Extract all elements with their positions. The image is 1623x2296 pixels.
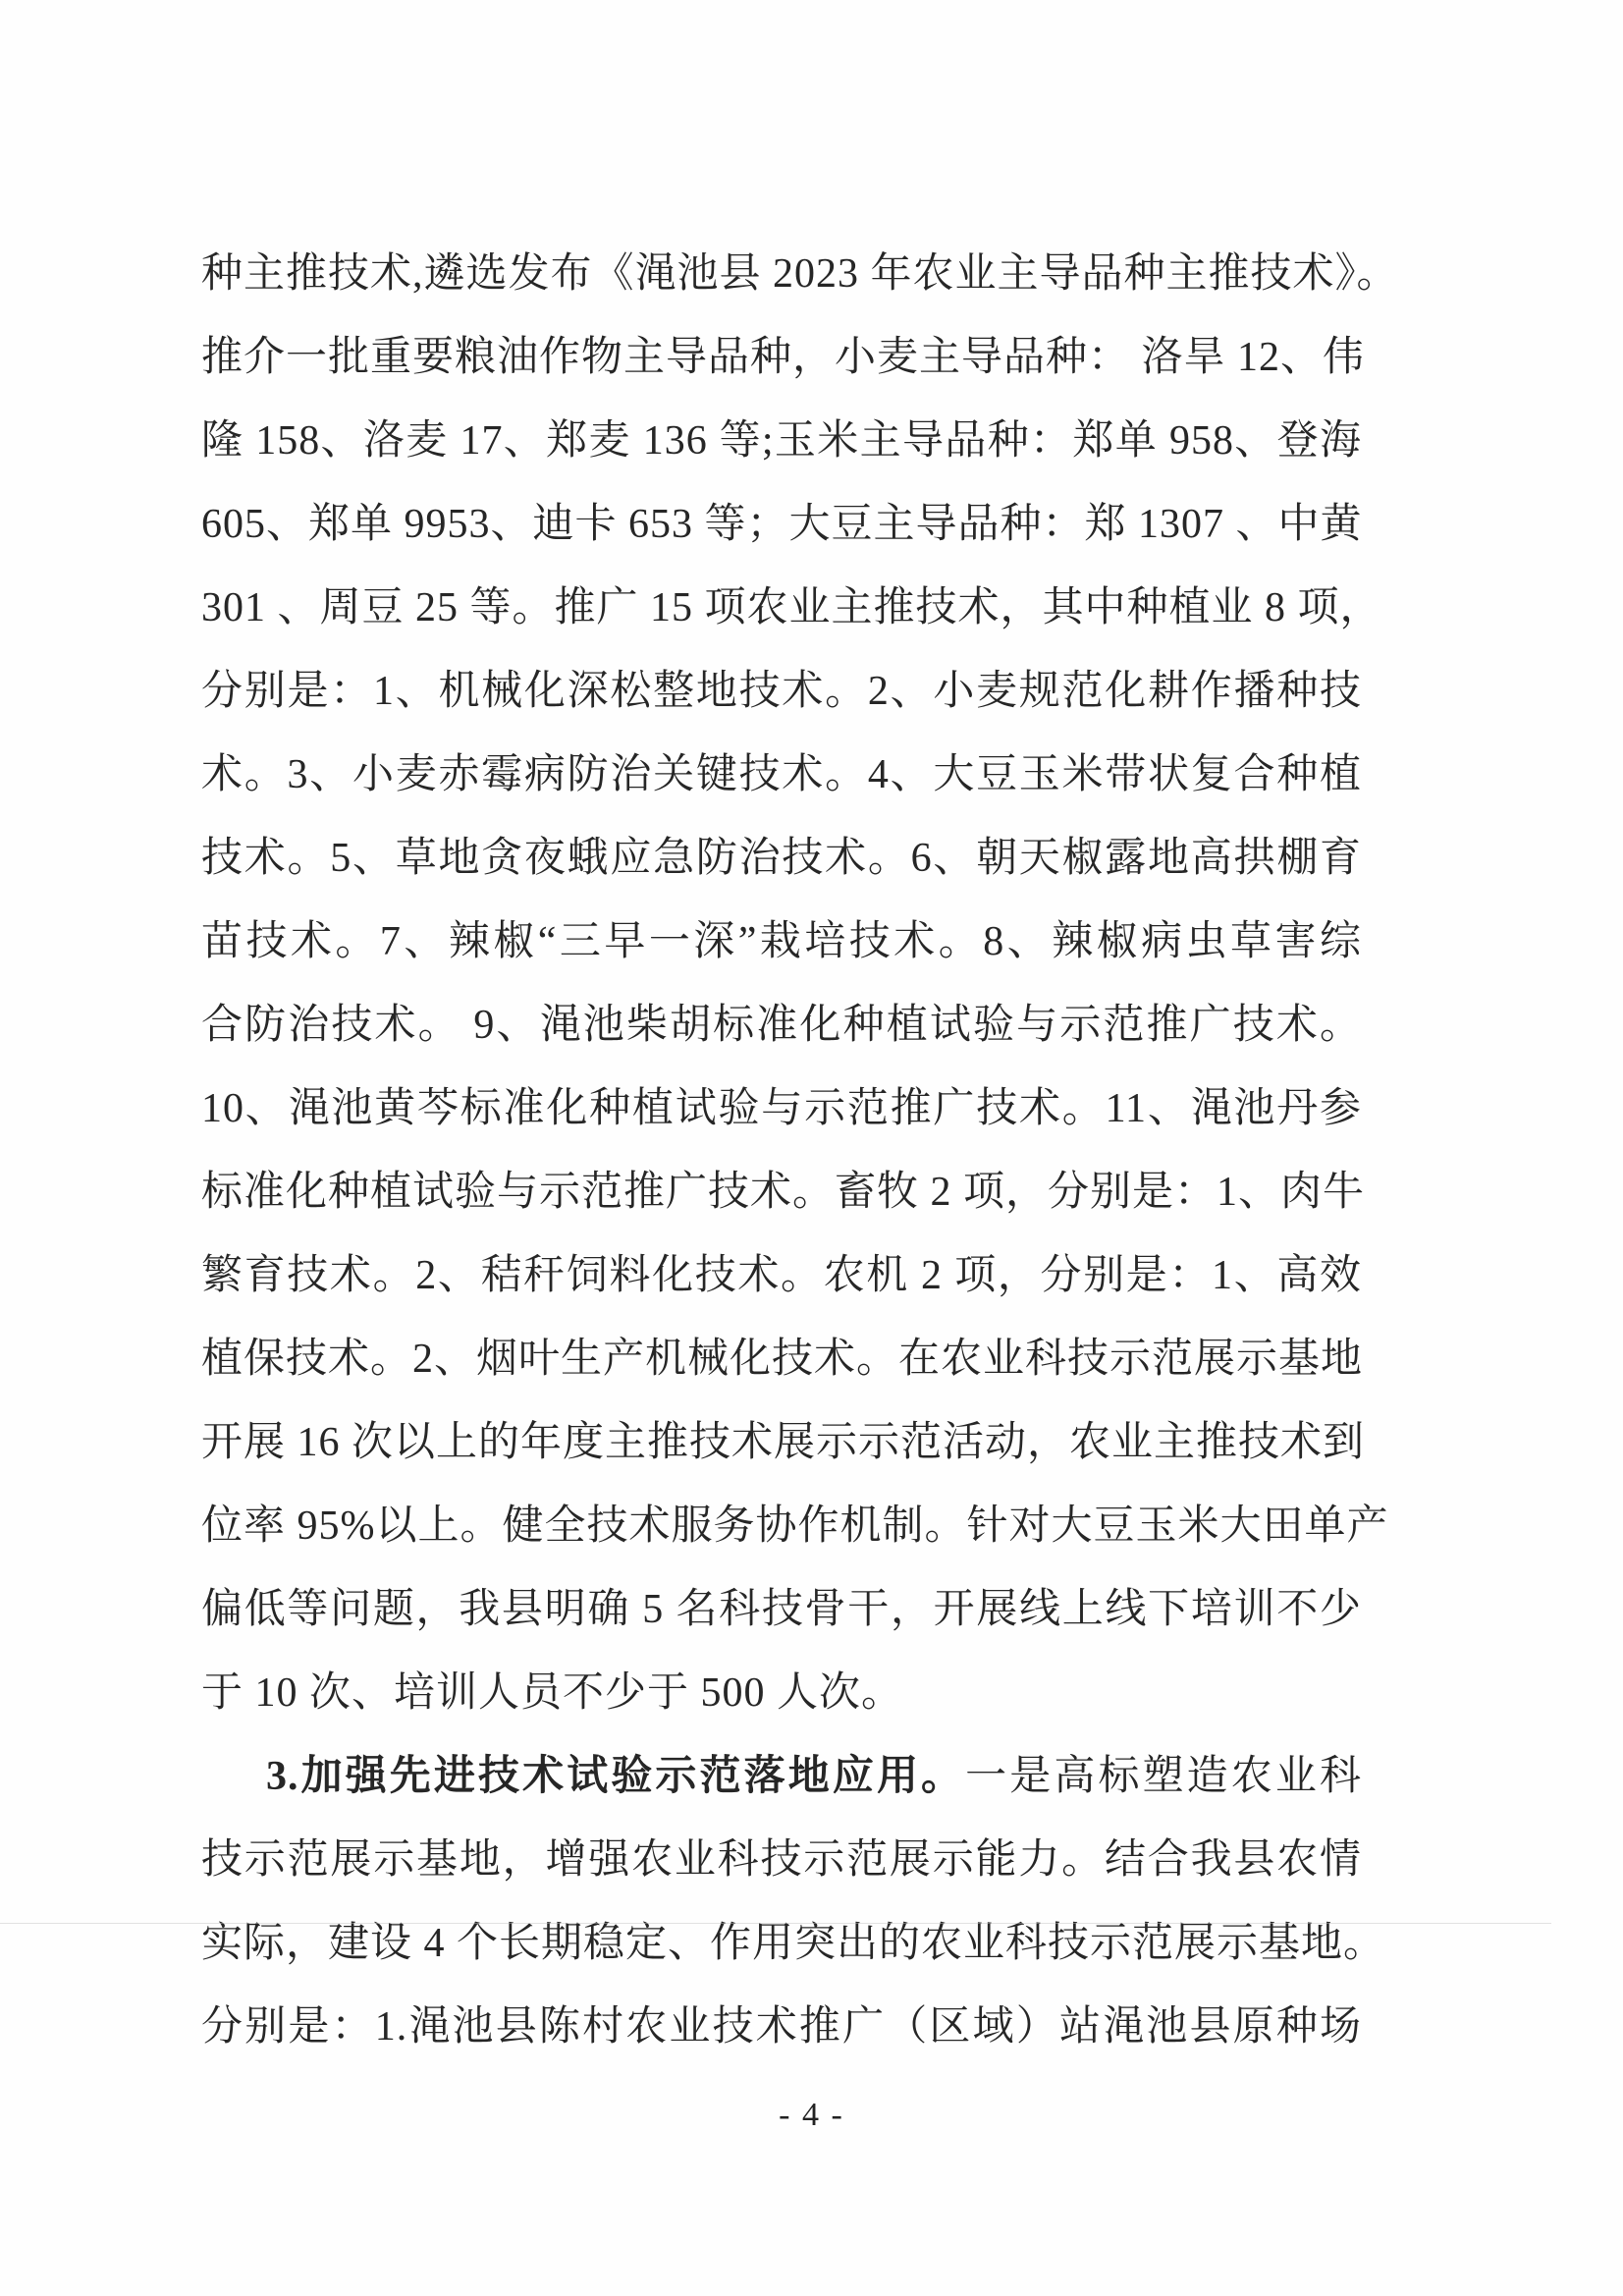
text-line: 分别是：1.渑池县陈村农业技术推广（区域）站渑池县原种场 (201, 1986, 1362, 2069)
scan-artifact-line (0, 1923, 1551, 1924)
text-line: 技术。5、草地贪夜蛾应急防治技术。6、朝天椒露地高拱棚育 (201, 817, 1362, 901)
text-line: 位率 95%以上。健全技术服务协作机制。针对大豆玉米大田单产 (201, 1485, 1362, 1568)
text-line: 偏低等问题，我县明确 5 名科技骨干，开展线上线下培训不少 (201, 1568, 1362, 1652)
text-line: 开展 16 次以上的年度主推技术展示示范活动，农业主推技术到 (201, 1401, 1362, 1485)
continuation-paragraph-last-line: 于 10 次、培训人员不少于 500 人次。 (201, 1652, 1362, 1735)
text-line: 繁育技术。2、秸秆饲料化技术。农机 2 项，分别是：1、高效 (201, 1234, 1362, 1318)
text-line: 隆 158、洛麦 17、郑麦 136 等;玉米主导品种：郑单 958、登海 (201, 400, 1362, 483)
text-line: 301 、周豆 25 等。推广 15 项农业主推技术，其中种植业 8 项， (201, 567, 1362, 650)
section-3-first-line: 3.加强先进技术试验示范落地应用。一是高标塑造农业科 (201, 1735, 1362, 1819)
continuation-paragraph-lines: 种主推技术,遴选发布《渑池县 2023 年农业主导品种主推技术》。推介一批重要粮… (201, 233, 1362, 1652)
body-text: 种主推技术,遴选发布《渑池县 2023 年农业主导品种主推技术》。推介一批重要粮… (201, 233, 1362, 2069)
text-line: 种主推技术,遴选发布《渑池县 2023 年农业主导品种主推技术》。 (201, 233, 1362, 316)
text-line: 分别是：1、机械化深松整地技术。2、小麦规范化耕作播种技 (201, 650, 1362, 734)
text-line: 植保技术。2、烟叶生产机械化技术。在农业科技示范展示基地 (201, 1318, 1362, 1401)
text-line: 推介一批重要粮油作物主导品种，小麦主导品种： 洛旱 12、伟 (201, 316, 1362, 400)
text-line: 605、郑单 9953、迪卡 653 等；大豆主导品种：郑 1307 、中黄 (201, 483, 1362, 567)
section-3-lines: 技示范展示基地，增强农业科技示范展示能力。结合我县农情实际，建设 4 个长期稳定… (201, 1819, 1362, 2069)
text-line: 10、渑池黄芩标准化种植试验与示范推广技术。11、渑池丹参 (201, 1067, 1362, 1151)
text-line: 实际，建设 4 个长期稳定、作用突出的农业科技示范展示基地。 (201, 1902, 1362, 1986)
text-line: 技示范展示基地，增强农业科技示范展示能力。结合我县农情 (201, 1819, 1362, 1902)
text-line: 术。3、小麦赤霉病防治关键技术。4、大豆玉米带状复合种植 (201, 734, 1362, 817)
text-line: 苗技术。7、辣椒“三早一深”栽培技术。8、辣椒病虫草害综 (201, 901, 1362, 984)
text-line: 合防治技术。 9、渑池柴胡标准化种植试验与示范推广技术。 (201, 984, 1362, 1067)
section-3-heading: 3.加强先进技术试验示范落地应用。 (266, 1754, 965, 1799)
page-number: - 4 - (0, 2094, 1623, 2137)
document-page: 种主推技术,遴选发布《渑池县 2023 年农业主导品种主推技术》。推介一批重要粮… (0, 0, 1623, 2296)
section-3-first-line-rest: 一是高标塑造农业科 (965, 1754, 1362, 1799)
text-line: 标准化种植试验与示范推广技术。畜牧 2 项，分别是：1、肉牛 (201, 1151, 1362, 1234)
